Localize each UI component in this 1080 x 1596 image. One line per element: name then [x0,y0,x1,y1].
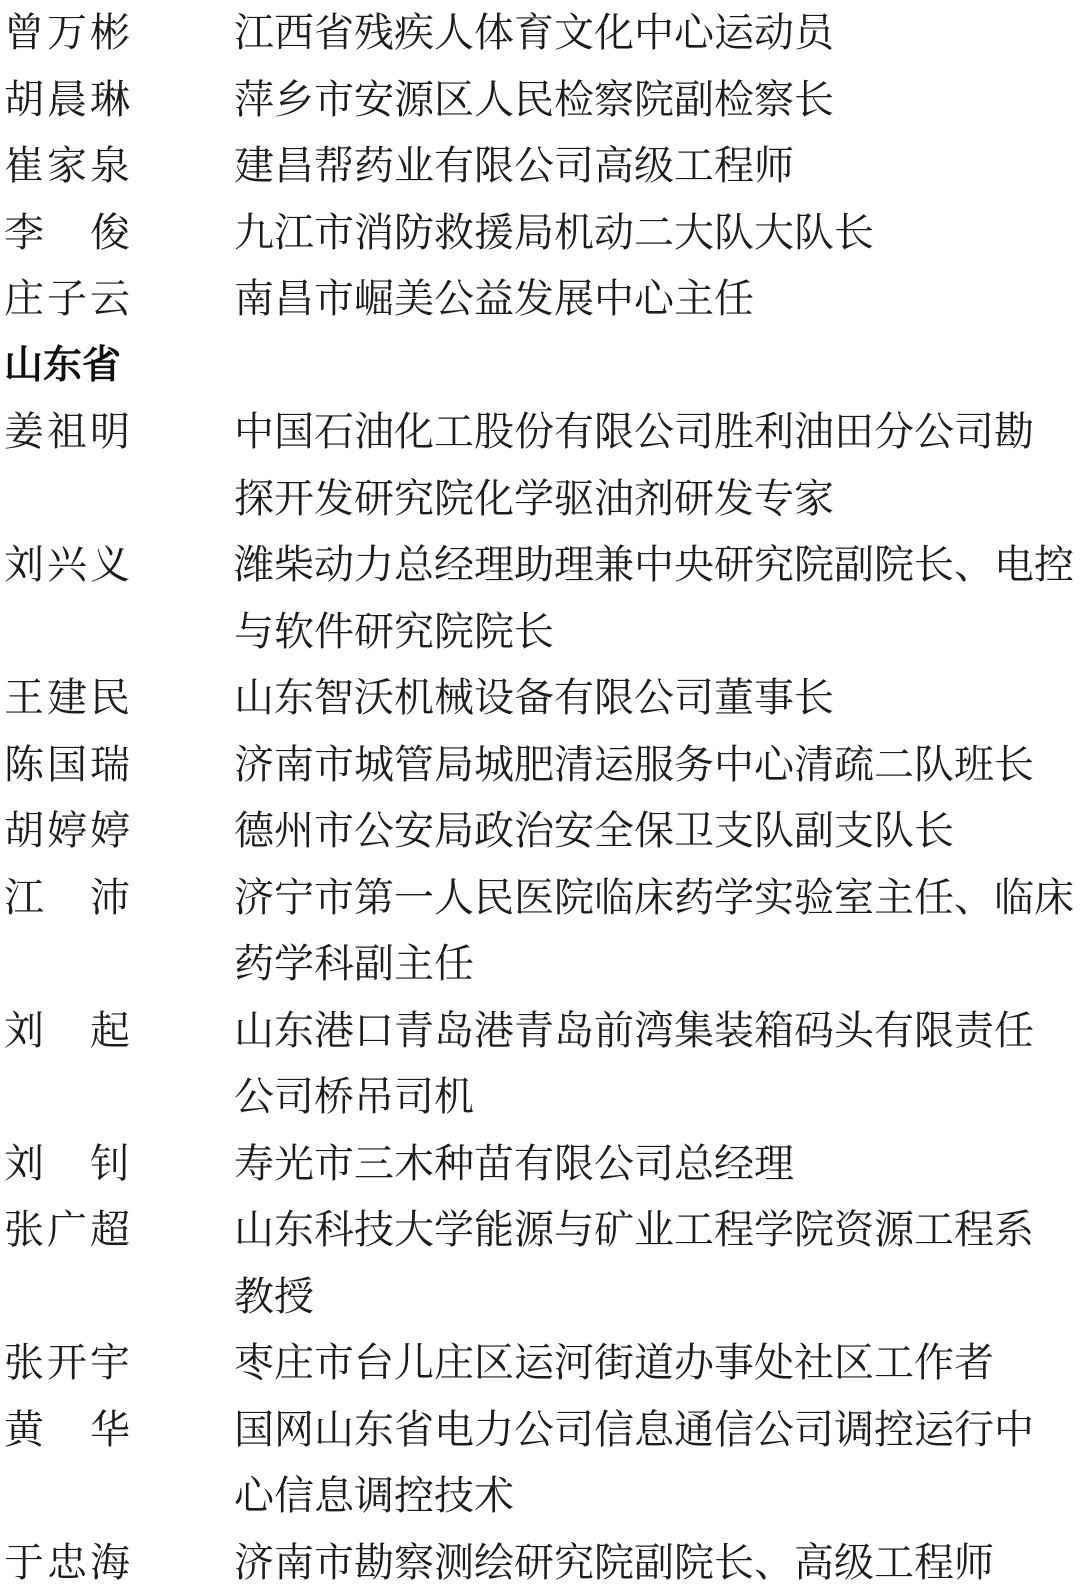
list-item: 崔家泉 建昌帮药业有限公司高级工程师 [0,133,1080,200]
list-item: 刘兴义 潍柴动力总经理助理兼中央研究院副院长、电控 与软件研究院院长 [0,532,1080,665]
person-title-line: 山东智沃机械设备有限公司董事长 [234,665,1080,732]
person-name: 李俊 [4,200,130,267]
person-title-line: 江西省残疾人体育文化中心运动员 [234,0,1080,67]
list-item: 刘钊 寿光市三木种苗有限公司总经理 [0,1131,1080,1198]
list-item: 张广超 山东科技大学能源与矿业工程学院资源工程系 教授 [0,1197,1080,1330]
list-item: 于忠海 济南市勘察测绘研究院副院长、高级工程师 [0,1530,1080,1596]
document-page: 曾万彬 江西省残疾人体育文化中心运动员 胡晨琳 萍乡市安源区人民检察院副检察长 … [0,0,1080,1596]
list-item: 刘起 山东港口青岛港青岛前湾集装箱码头有限责任 公司桥吊司机 [0,998,1080,1131]
person-title-line: 南昌市崛美公益发展中心主任 [234,266,1080,333]
list-item: 胡婷婷 德州市公安局政治安全保卫支队副支队长 [0,798,1080,865]
person-name: 曾万彬 [4,0,130,67]
person-name: 江沛 [4,865,130,932]
list-item: 李俊 九江市消防救援局机动二大队大队长 [0,200,1080,267]
list-item: 曾万彬 江西省残疾人体育文化中心运动员 [0,0,1080,67]
list-item: 庄子云 南昌市崛美公益发展中心主任 [0,266,1080,333]
person-name: 黄华 [4,1397,130,1464]
person-title-line: 德州市公安局政治安全保卫支队副支队长 [234,798,1080,865]
person-title-line: 济南市勘察测绘研究院副院长、高级工程师 [234,1530,1080,1596]
person-name: 刘兴义 [4,532,130,599]
person-name: 刘起 [4,998,130,1065]
person-name: 陈国瑞 [4,732,130,799]
list-item: 姜祖明 中国石油化工股份有限公司胜利油田分公司勘 探开发研究院化学驱油剂研发专家 [0,399,1080,532]
person-title-line: 与软件研究院院长 [234,599,1080,666]
person-name: 于忠海 [4,1530,130,1596]
person-title-line: 九江市消防救援局机动二大队大队长 [234,200,1080,267]
list-item: 胡晨琳 萍乡市安源区人民检察院副检察长 [0,67,1080,134]
person-title-line: 药学科副主任 [234,931,1080,998]
person-name: 崔家泉 [4,133,130,200]
person-title-line: 济宁市第一人民医院临床药学实验室主任、临床 [234,865,1080,932]
person-name: 张开宇 [4,1330,130,1397]
province-section-header: 山东省 [0,333,1080,400]
person-title-line: 心信息调控技术 [234,1463,1080,1530]
person-name: 王建民 [4,665,130,732]
person-title-line: 潍柴动力总经理助理兼中央研究院副院长、电控 [234,532,1080,599]
person-title-line: 寿光市三木种苗有限公司总经理 [234,1131,1080,1198]
list-item: 王建民 山东智沃机械设备有限公司董事长 [0,665,1080,732]
list-item: 陈国瑞 济南市城管局城肥清运服务中心清疏二队班长 [0,732,1080,799]
person-name: 胡婷婷 [4,798,130,865]
person-title-line: 萍乡市安源区人民检察院副检察长 [234,67,1080,134]
list-item: 江沛 济宁市第一人民医院临床药学实验室主任、临床 药学科副主任 [0,865,1080,998]
person-title-line: 国网山东省电力公司信息通信公司调控运行中 [234,1397,1080,1464]
person-title-line: 教授 [234,1264,1080,1331]
person-title-line: 公司桥吊司机 [234,1064,1080,1131]
person-title-line: 山东港口青岛港青岛前湾集装箱码头有限责任 [234,998,1080,1065]
person-title-line: 中国石油化工股份有限公司胜利油田分公司勘 [234,399,1080,466]
list-item: 张开宇 枣庄市台儿庄区运河街道办事处社区工作者 [0,1330,1080,1397]
person-title-line: 建昌帮药业有限公司高级工程师 [234,133,1080,200]
person-title-line: 探开发研究院化学驱油剂研发专家 [234,466,1080,533]
person-name: 刘钊 [4,1131,130,1198]
person-title-line: 枣庄市台儿庄区运河街道办事处社区工作者 [234,1330,1080,1397]
person-name: 庄子云 [4,266,130,333]
person-name: 胡晨琳 [4,67,130,134]
person-name: 张广超 [4,1197,130,1264]
person-title-line: 济南市城管局城肥清运服务中心清疏二队班长 [234,732,1080,799]
person-name: 姜祖明 [4,399,130,466]
list-item: 黄华 国网山东省电力公司信息通信公司调控运行中 心信息调控技术 [0,1397,1080,1530]
person-title-line: 山东科技大学能源与矿业工程学院资源工程系 [234,1197,1080,1264]
